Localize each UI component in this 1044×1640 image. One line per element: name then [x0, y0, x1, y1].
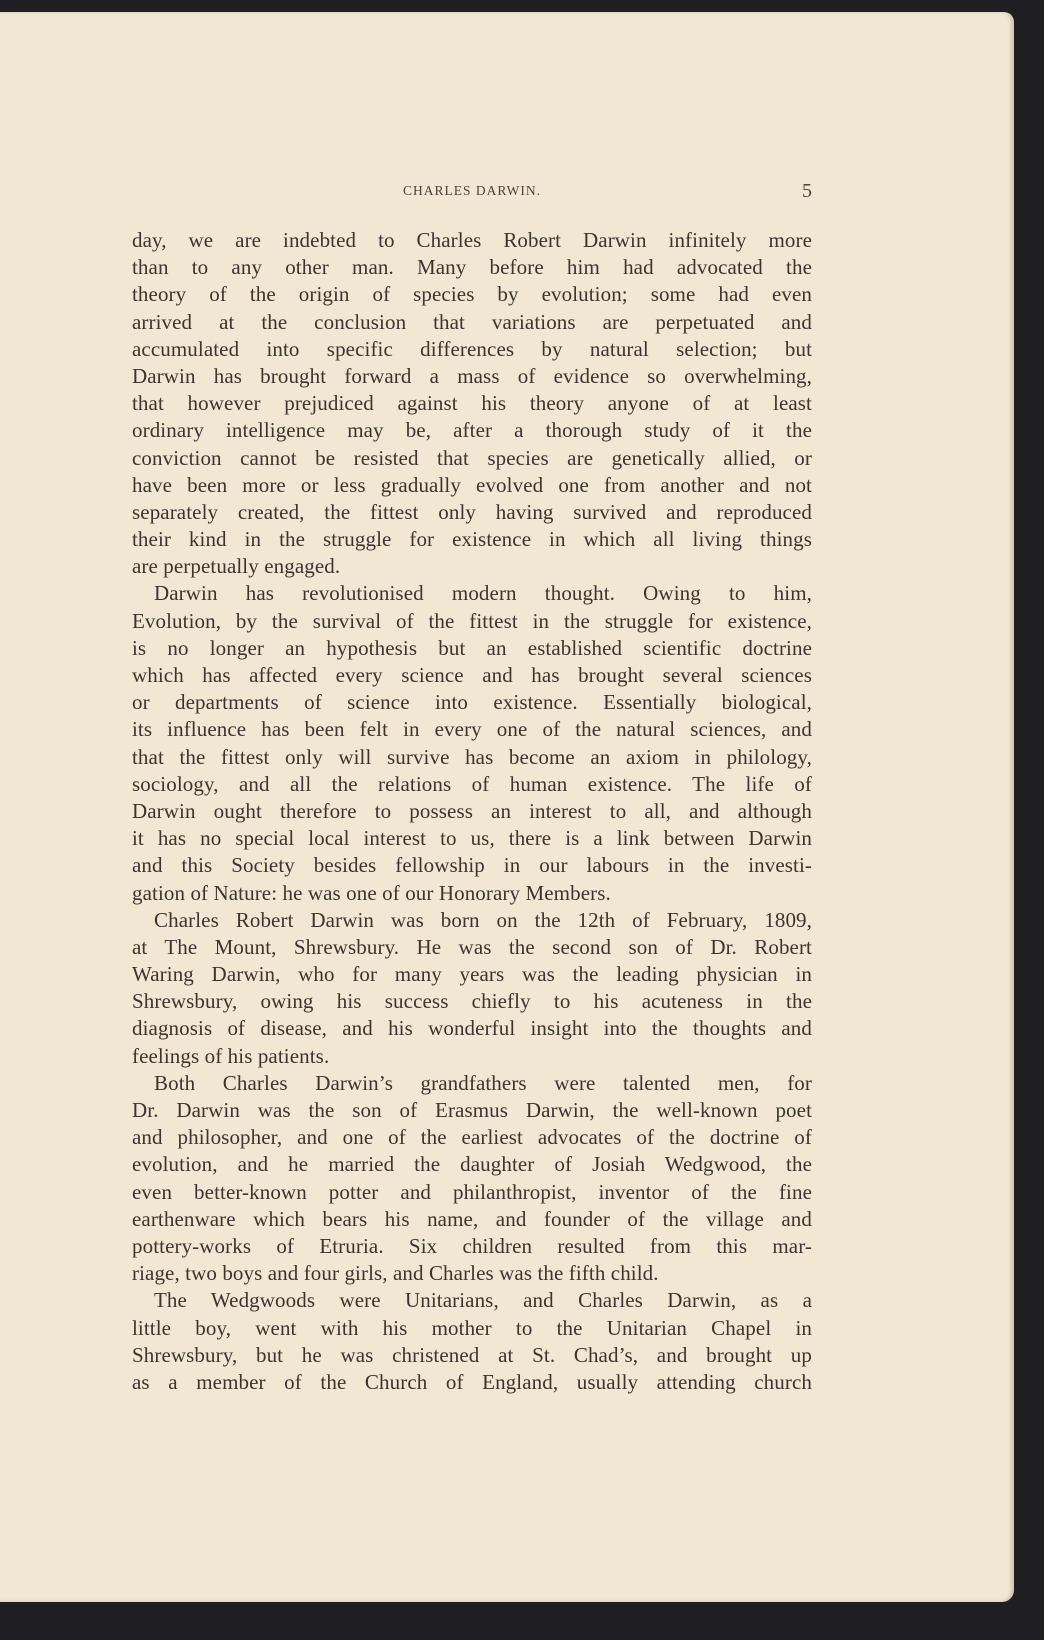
text-line: at The Mount, Shrewsbury. He was the sec… [132, 934, 812, 961]
text-line: accumulated into specific differences by… [132, 336, 812, 363]
text-line: diagnosis of disease, and his wonderful … [132, 1015, 812, 1042]
text-line: evolution, and he married the daughter o… [132, 1151, 812, 1178]
text-line: are perpetually engaged. [132, 553, 812, 580]
body-text: day, we are indebted to Charles Robert D… [132, 227, 812, 1396]
text-line: gation of Nature: he was one of our Hono… [132, 880, 812, 907]
text-line: than to any other man. Many before him h… [132, 254, 812, 281]
text-line: Darwin ought therefore to possess an int… [132, 798, 812, 825]
page-number: 5 [802, 180, 812, 203]
text-line: Evolution, by the survival of the fittes… [132, 608, 812, 635]
text-line: separately created, the fittest only hav… [132, 499, 812, 526]
text-line: ordinary intelligence may be, after a th… [132, 417, 812, 444]
text-line: Waring Darwin, who for many years was th… [132, 961, 812, 988]
running-head: CHARLES DARWIN. 5 [132, 180, 812, 204]
text-line: earthenware which bears his name, and fo… [132, 1206, 812, 1233]
text-line: that however prejudiced against his theo… [132, 390, 812, 417]
paragraph: day, we are indebted to Charles Robert D… [132, 227, 812, 580]
text-line: Darwin has brought forward a mass of evi… [132, 363, 812, 390]
text-line: The Wedgwoods were Unitarians, and Charl… [132, 1287, 812, 1314]
text-line: as a member of the Church of England, us… [132, 1369, 812, 1396]
text-line: its influence has been felt in every one… [132, 716, 812, 743]
text-line: their kind in the struggle for existence… [132, 526, 812, 553]
book-page: CHARLES DARWIN. 5 day, we are indebted t… [0, 12, 1014, 1602]
paragraph: The Wedgwoods were Unitarians, and Charl… [132, 1287, 812, 1396]
text-line: Dr. Darwin was the son of Erasmus Darwin… [132, 1097, 812, 1124]
text-line: little boy, went with his mother to the … [132, 1315, 812, 1342]
text-line: theory of the origin of species by evolu… [132, 281, 812, 308]
text-line: that the fittest only will survive has b… [132, 744, 812, 771]
text-line: pottery-works of Etruria. Six children r… [132, 1233, 812, 1260]
text-line: which has affected every science and has… [132, 662, 812, 689]
text-line: have been more or less gradually evolved… [132, 472, 812, 499]
text-line: it has no special local interest to us, … [132, 825, 812, 852]
text-line: day, we are indebted to Charles Robert D… [132, 227, 812, 254]
text-line: sociology, and all the relations of huma… [132, 771, 812, 798]
text-line: conviction cannot be resisted that speci… [132, 445, 812, 472]
running-title: CHARLES DARWIN. [132, 183, 812, 199]
text-line: feelings of his patients. [132, 1043, 812, 1070]
text-line: even better-known potter and philanthrop… [132, 1179, 812, 1206]
text-line: Both Charles Darwin’s grandfathers were … [132, 1070, 812, 1097]
text-line: Charles Robert Darwin was born on the 12… [132, 907, 812, 934]
paragraph: Both Charles Darwin’s grandfathers were … [132, 1070, 812, 1288]
text-line: Shrewsbury, owing his success chiefly to… [132, 988, 812, 1015]
paragraph: Darwin has revolutionised modern thought… [132, 580, 812, 906]
text-line: Darwin has revolutionised modern thought… [132, 580, 812, 607]
text-line: and philosopher, and one of the earliest… [132, 1124, 812, 1151]
text-line: or departments of science into existence… [132, 689, 812, 716]
text-line: Shrewsbury, but he was christened at St.… [132, 1342, 812, 1369]
paragraph: Charles Robert Darwin was born on the 12… [132, 907, 812, 1070]
text-line: is no longer an hypothesis but an establ… [132, 635, 812, 662]
text-line: arrived at the conclusion that variation… [132, 309, 812, 336]
text-line: and this Society besides fellowship in o… [132, 852, 812, 879]
text-line: riage, two boys and four girls, and Char… [132, 1260, 812, 1287]
